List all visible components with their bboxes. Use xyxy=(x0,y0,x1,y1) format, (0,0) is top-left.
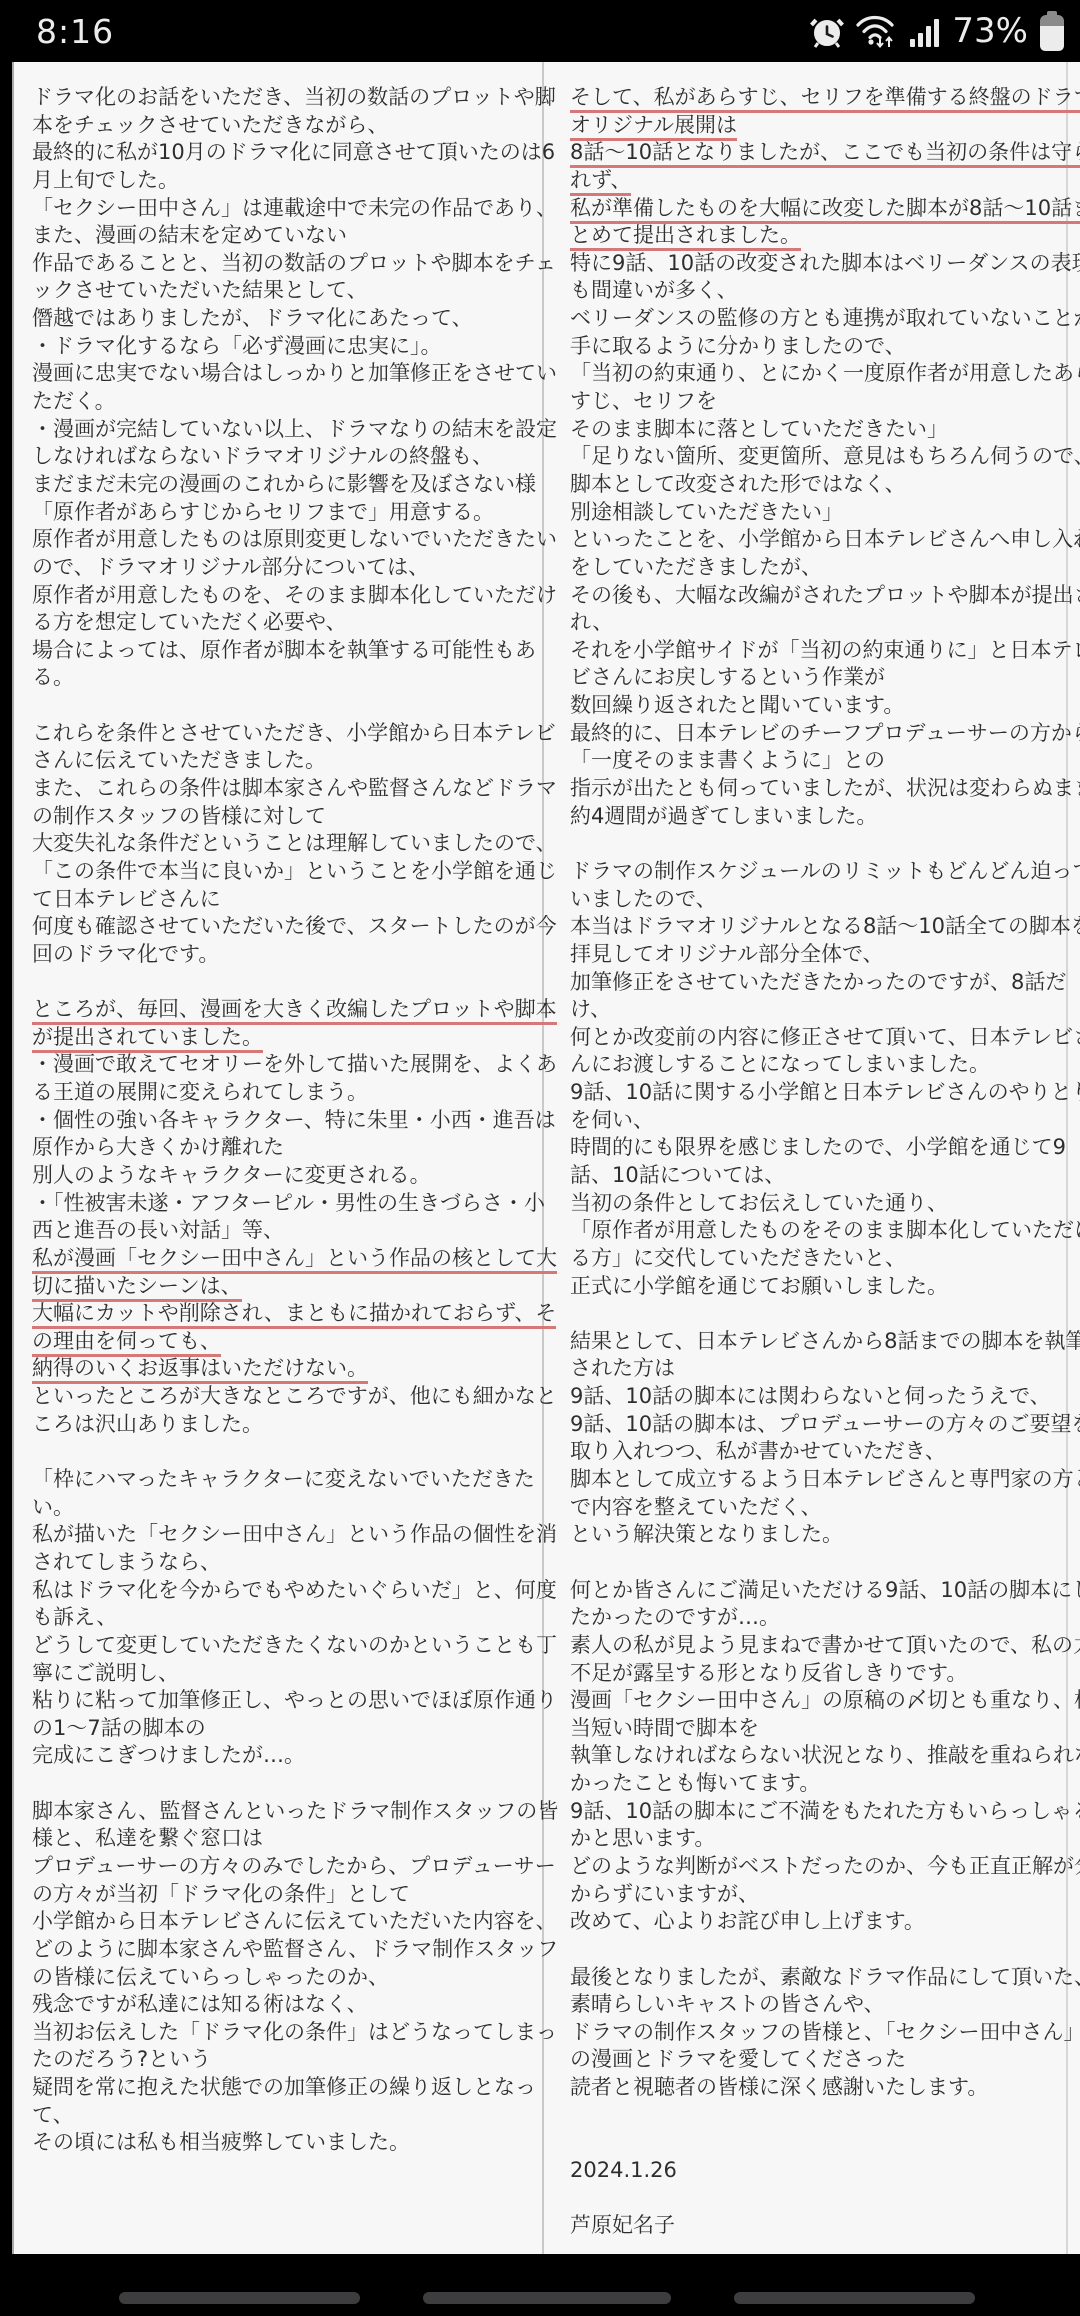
text-line: ので、ドラマオリジナル部分については、 xyxy=(32,554,518,582)
text-line: さんに伝えていただきました。 xyxy=(32,747,518,775)
alarm-icon xyxy=(810,13,844,49)
text-line xyxy=(570,1936,1056,1964)
text-line: どのように脚本家さんや監督さん、ドラマ制作スタッフ xyxy=(32,1936,518,1964)
text-line: された方は xyxy=(570,1355,1056,1383)
text-line: 拝見してオリジナル部分全体で、 xyxy=(570,941,1056,969)
text-line: 素人の私が見よう見まねで書かせて頂いたので、私の力 xyxy=(570,1632,1056,1660)
text-line: を伺い、 xyxy=(570,1107,1056,1135)
text-line: る方を想定していただく必要や、 xyxy=(32,609,518,637)
text-line xyxy=(570,1549,1056,1577)
text-line: ・漫画が完結していない以上、ドラマなりの結末を設定 xyxy=(32,416,518,444)
text-line: オリジナル展開は xyxy=(570,112,1056,140)
text-line: 当初お伝えした「ドラマ化の条件」はどうなってしまっ xyxy=(32,2019,518,2047)
text-line: 当短い時間で脚本を xyxy=(570,1715,1056,1743)
text-line: の方々が当初「ドラマ化の条件」として xyxy=(32,1881,518,1909)
text-line: プロデューサーの方々のみでしたから、プロデューサー xyxy=(32,1853,518,1881)
text-line: 正式に小学館を通じてお願いしました。 xyxy=(570,1273,1056,1301)
text-line: いましたので、 xyxy=(570,886,1056,914)
statement-column-right: そして、私があらすじ、セリフを準備する終盤のドラマオリジナル展開は8話〜10話と… xyxy=(570,84,1056,2240)
text-line xyxy=(32,692,518,720)
text-line: 回のドラマ化です。 xyxy=(32,941,518,969)
text-line: 疑問を常に抱えた状態での加筆修正の繰り返しとなっ xyxy=(32,2074,518,2102)
nav-recent-apps-button[interactable] xyxy=(119,2292,360,2304)
text-line: 不足が露呈する形となり反省しきりです。 xyxy=(570,1660,1056,1688)
text-line: も訴え、 xyxy=(32,1604,518,1632)
text-line: 「足りない箇所、変更箇所、意見はもちろん伺うので、 xyxy=(570,443,1056,471)
text-line: 私が描いた「セクシー田中さん」という作品の個性を消 xyxy=(32,1521,518,1549)
text-line: また、これらの条件は脚本家さんや監督さんなどドラマ xyxy=(32,775,518,803)
text-line: 月上旬でした。 xyxy=(32,167,518,195)
text-line: かったことも悔いてます。 xyxy=(570,1770,1056,1798)
text-line: 2024.1.26 xyxy=(570,2157,1056,2185)
status-icons: 73% xyxy=(810,9,1066,53)
text-line: 別人のようなキャラクターに変更される。 xyxy=(32,1162,518,1190)
text-line xyxy=(570,2185,1056,2213)
text-line: 何とか皆さんにご満足いただける9話、10話の脚本にし xyxy=(570,1577,1056,1605)
text-line: の皆様に伝えていらっしゃったのか、 xyxy=(32,1964,518,1992)
navigation-bar xyxy=(0,2254,1080,2316)
text-line xyxy=(570,2129,1056,2157)
text-line: 脚本家さん、監督さんといったドラマ制作スタッフの皆 xyxy=(32,1798,518,1826)
text-line: 特に9話、10話の改変された脚本はベリーダンスの表現 xyxy=(570,250,1056,278)
text-line: 様と、私達を繋ぐ窓口は xyxy=(32,1825,518,1853)
text-line: 9話、10話の脚本は、プロデューサーの方々のご要望を xyxy=(570,1411,1056,1439)
status-bar: 8:16 xyxy=(0,0,1080,62)
text-line: の制作スタッフの皆様に対して xyxy=(32,803,518,831)
text-line xyxy=(570,1300,1056,1328)
text-line: そして、私があらすじ、セリフを準備する終盤のドラマ xyxy=(570,84,1056,112)
text-line: 時間的にも限界を感じましたので、小学館を通じて9 xyxy=(570,1134,1056,1162)
text-line: が提出されていました。 xyxy=(32,1024,518,1052)
text-line: 完成にこぎつけましたが…。 xyxy=(32,1742,518,1770)
text-line: ドラマの制作スケジュールのリミットもどんどん迫って xyxy=(570,858,1056,886)
text-line: 約4週間が過ぎてしまいました。 xyxy=(570,803,1056,831)
text-line: どうして変更していただきたくないのかということも丁 xyxy=(32,1632,518,1660)
text-line: 読者と視聴者の皆様に深く感謝いたします。 xyxy=(570,2074,1056,2102)
text-line: 数回繰り返されたと聞いています。 xyxy=(570,692,1056,720)
text-line: 脚本として改変された形ではなく、 xyxy=(570,471,1056,499)
text-line: れ、 xyxy=(570,609,1056,637)
text-line: 「一度そのまま書くように」との xyxy=(570,747,1056,775)
text-line: の1〜7話の脚本の xyxy=(32,1715,518,1743)
text-line: る方」に交代していただきたいと、 xyxy=(570,1245,1056,1273)
text-line: 残念ですが私達には知る術はなく、 xyxy=(32,1991,518,2019)
status-clock: 8:16 xyxy=(36,12,114,51)
text-line: て、 xyxy=(32,2102,518,2130)
text-line: 最終的に、日本テレビのチーフプロデューサーの方から xyxy=(570,720,1056,748)
text-line: 素晴らしいキャストの皆さんや、 xyxy=(570,1991,1056,2019)
text-line: 原作から大きくかけ離れた xyxy=(32,1134,518,1162)
text-line: これらを条件とさせていただき、小学館から日本テレビ xyxy=(32,720,518,748)
battery-icon xyxy=(1038,9,1066,53)
text-line: 「原作者が用意したものをそのまま脚本化していただけ xyxy=(570,1217,1056,1245)
text-line: て日本テレビさんに xyxy=(32,886,518,914)
text-line: け、 xyxy=(570,996,1056,1024)
text-line: ドラマ化のお話をいただき、当初の数話のプロットや脚 xyxy=(32,84,518,112)
text-line: ・漫画で敢えてセオリーを外して描いた展開を、よくあ xyxy=(32,1051,518,1079)
text-line: 執筆しなければならない状況となり、推敲を重ねられな xyxy=(570,1742,1056,1770)
text-line: 僭越ではありましたが、ドラマ化にあたって、 xyxy=(32,305,518,333)
text-line: 「この条件で本当に良いか」ということを小学館を通じ xyxy=(32,858,518,886)
text-line: 最終的に私が10月のドラマ化に同意させて頂いたのは6 xyxy=(32,139,518,167)
text-line: 大幅にカットや削除され、まともに描かれておらず、そ xyxy=(32,1300,518,1328)
text-line: 寧にご説明し、 xyxy=(32,1660,518,1688)
text-line: という解決策となりました。 xyxy=(570,1521,1056,1549)
text-line: 最後となりましたが、素敵なドラマ作品にして頂いた、 xyxy=(570,1964,1056,1992)
text-line: からずにいますが、 xyxy=(570,1881,1056,1909)
text-line: 原作者が用意したものは原則変更しないでいただきたい xyxy=(32,526,518,554)
text-line: 話、10話については、 xyxy=(570,1162,1056,1190)
text-line: ・ドラマ化するなら「必ず漫画に忠実に」。 xyxy=(32,333,518,361)
text-line: んにお渡しすることになってしまいました。 xyxy=(570,1051,1056,1079)
text-line: 粘りに粘って加筆修正し、やっとの思いでほぼ原作通り xyxy=(32,1687,518,1715)
signal-icon xyxy=(908,13,942,49)
text-line: また、漫画の結末を定めていない xyxy=(32,222,518,250)
text-line: 8話〜10話となりましたが、ここでも当初の条件は守ら xyxy=(570,139,1056,167)
text-line: たのだろう?という xyxy=(32,2046,518,2074)
text-line: 小学館から日本テレビさんに伝えていただいた内容を、 xyxy=(32,1908,518,1936)
text-line: る。 xyxy=(32,664,518,692)
text-line: 当初の条件としてお伝えしていた通り、 xyxy=(570,1190,1056,1218)
text-line: 9話、10話の脚本にご不満をもたれた方もいらっしゃる xyxy=(570,1798,1056,1826)
text-line: 場合によっては、原作者が脚本を執筆する可能性もあ xyxy=(32,637,518,665)
text-line xyxy=(32,1438,518,1466)
text-line xyxy=(32,969,518,997)
text-line: とめて提出されました。 xyxy=(570,222,1056,250)
text-line: 本をチェックさせていただきながら、 xyxy=(32,112,518,140)
text-line: かと思います。 xyxy=(570,1825,1056,1853)
text-line: 9話、10話に関する小学館と日本テレビさんのやりとり xyxy=(570,1079,1056,1107)
text-line: 大変失礼な条件だということは理解していましたので、 xyxy=(32,830,518,858)
text-line xyxy=(570,830,1056,858)
text-line: 「枠にハマったキャラクターに変えないでいただきた xyxy=(32,1466,518,1494)
text-line: 納得のいくお返事はいただけない。 xyxy=(32,1355,518,1383)
nav-home-button[interactable] xyxy=(423,2292,671,2304)
text-line: 別途相談していただきたい」 xyxy=(570,499,1056,527)
text-line: 切に描いたシーンは、 xyxy=(32,1273,518,1301)
text-line: といったことを、小学館から日本テレビさんへ申し入れ xyxy=(570,526,1056,554)
text-line: 改めて、心よりお詫び申し上げます。 xyxy=(570,1908,1056,1936)
text-line: ドラマの制作スタッフの皆様と、「セクシー田中さん」 xyxy=(570,2019,1056,2047)
text-line: 私が準備したものを大幅に改変した脚本が8話〜10話ま xyxy=(570,195,1056,223)
page-right-border xyxy=(1066,62,1068,2254)
text-line: 作品であることと、当初の数話のプロットや脚本をチェ xyxy=(32,250,518,278)
text-line: 「当初の約束通り、とにかく一度原作者が用意したあら xyxy=(570,360,1056,388)
text-line: しなければならないドラマオリジナルの終盤も、 xyxy=(32,443,518,471)
text-line: 何度も確認させていただいた後で、スタートしたのが今 xyxy=(32,913,518,941)
text-line: 私はドラマ化を今からでもやめたいぐらいだ」と、何度 xyxy=(32,1577,518,1605)
text-line: をしていただきましたが、 xyxy=(570,554,1056,582)
text-line: 漫画「セクシー田中さん」の原稿の〆切とも重なり、相 xyxy=(570,1687,1056,1715)
text-line xyxy=(570,2102,1056,2130)
text-line: の理由を伺っても、 xyxy=(32,1328,518,1356)
text-line: ところが、毎回、漫画を大きく改編したプロットや脚本 xyxy=(32,996,518,1024)
text-line: たかったのですが…。 xyxy=(570,1604,1056,1632)
text-line: 芦原妃名子 xyxy=(570,2212,1056,2240)
text-line: い。 xyxy=(32,1494,518,1522)
text-line: 「原作者があらすじからセリフまで」用意する。 xyxy=(32,499,518,527)
text-line: 原作者が用意したものを、そのまま脚本化していただけ xyxy=(32,582,518,610)
text-line: 加筆修正をさせていただきたかったのですが、8話だ xyxy=(570,969,1056,997)
text-line: といったところが大きなところですが、他にも細かなと xyxy=(32,1383,518,1411)
text-line: 取り入れつつ、私が書かせていただき、 xyxy=(570,1438,1056,1466)
text-line: 「セクシー田中さん」は連載途中で未完の作品であり、 xyxy=(32,195,518,223)
text-line: で内容を整えていただく、 xyxy=(570,1494,1056,1522)
text-line: 何とか改変前の内容に修正させて頂いて、日本テレビさ xyxy=(570,1024,1056,1052)
text-line: る王道の展開に変えられてしまう。 xyxy=(32,1079,518,1107)
text-line: 指示が出たとも伺っていましたが、状況は変わらぬまま xyxy=(570,775,1056,803)
text-line: されてしまうなら、 xyxy=(32,1549,518,1577)
text-line: その頃には私も相当疲弊していました。 xyxy=(32,2129,518,2157)
text-line: 漫画に忠実でない場合はしっかりと加筆修正をさせてい xyxy=(32,360,518,388)
text-line: も間違いが多く、 xyxy=(570,277,1056,305)
text-line: ・個性の強い各キャラクター、特に朱里・小西・進吾は xyxy=(32,1107,518,1135)
text-line: 結果として、日本テレビさんから8話までの脚本を執筆 xyxy=(570,1328,1056,1356)
text-line: その後も、大幅な改編がされたプロットや脚本が提出さ xyxy=(570,582,1056,610)
text-line: すじ、セリフを xyxy=(570,388,1056,416)
text-line: ころは沢山ありました。 xyxy=(32,1411,518,1439)
text-line: ックさせていただいた結果として、 xyxy=(32,277,518,305)
text-line: 手に取るように分かりましたので、 xyxy=(570,333,1056,361)
text-line: ・「性被害未遂・アフターピル・男性の生きづらさ・小 xyxy=(32,1190,518,1218)
text-line: の漫画とドラマを愛してくださった xyxy=(570,2046,1056,2074)
text-line xyxy=(32,1770,518,1798)
text-line: ビさんにお戻しするという作業が xyxy=(570,664,1056,692)
text-line: れず、 xyxy=(570,167,1056,195)
battery-percent-label: 73% xyxy=(952,11,1028,51)
statement-column-left: ドラマ化のお話をいただき、当初の数話のプロットや脚本をチェックさせていただきなが… xyxy=(32,84,518,2157)
text-line: ベリーダンスの監修の方とも連携が取れていないことが xyxy=(570,305,1056,333)
text-line: どのような判断がベストだったのか、今も正直正解が分 xyxy=(570,1853,1056,1881)
text-line: 脚本として成立するよう日本テレビさんと専門家の方と xyxy=(570,1466,1056,1494)
text-line: そのまま脚本に落としていただきたい」 xyxy=(570,416,1056,444)
text-line: 西と進吾の長い対話」等、 xyxy=(32,1217,518,1245)
text-line: 私が漫画「セクシー田中さん」という作品の核として大 xyxy=(32,1245,518,1273)
text-line: 本当はドラマオリジナルとなる8話〜10話全ての脚本を xyxy=(570,913,1056,941)
text-line: 9話、10話の脚本には関わらないと伺ったうえで、 xyxy=(570,1383,1056,1411)
statement-document-page: ドラマ化のお話をいただき、当初の数話のプロットや脚本をチェックさせていただきなが… xyxy=(12,62,1080,2254)
text-line: まだまだ未完の漫画のこれからに影響を及ぼさない様 xyxy=(32,471,518,499)
wifi-icon xyxy=(854,13,898,49)
text-line: ただく。 xyxy=(32,388,518,416)
text-line: それを小学館サイドが「当初の約束通りに」と日本テレ xyxy=(570,637,1056,665)
nav-back-button[interactable] xyxy=(734,2292,975,2304)
